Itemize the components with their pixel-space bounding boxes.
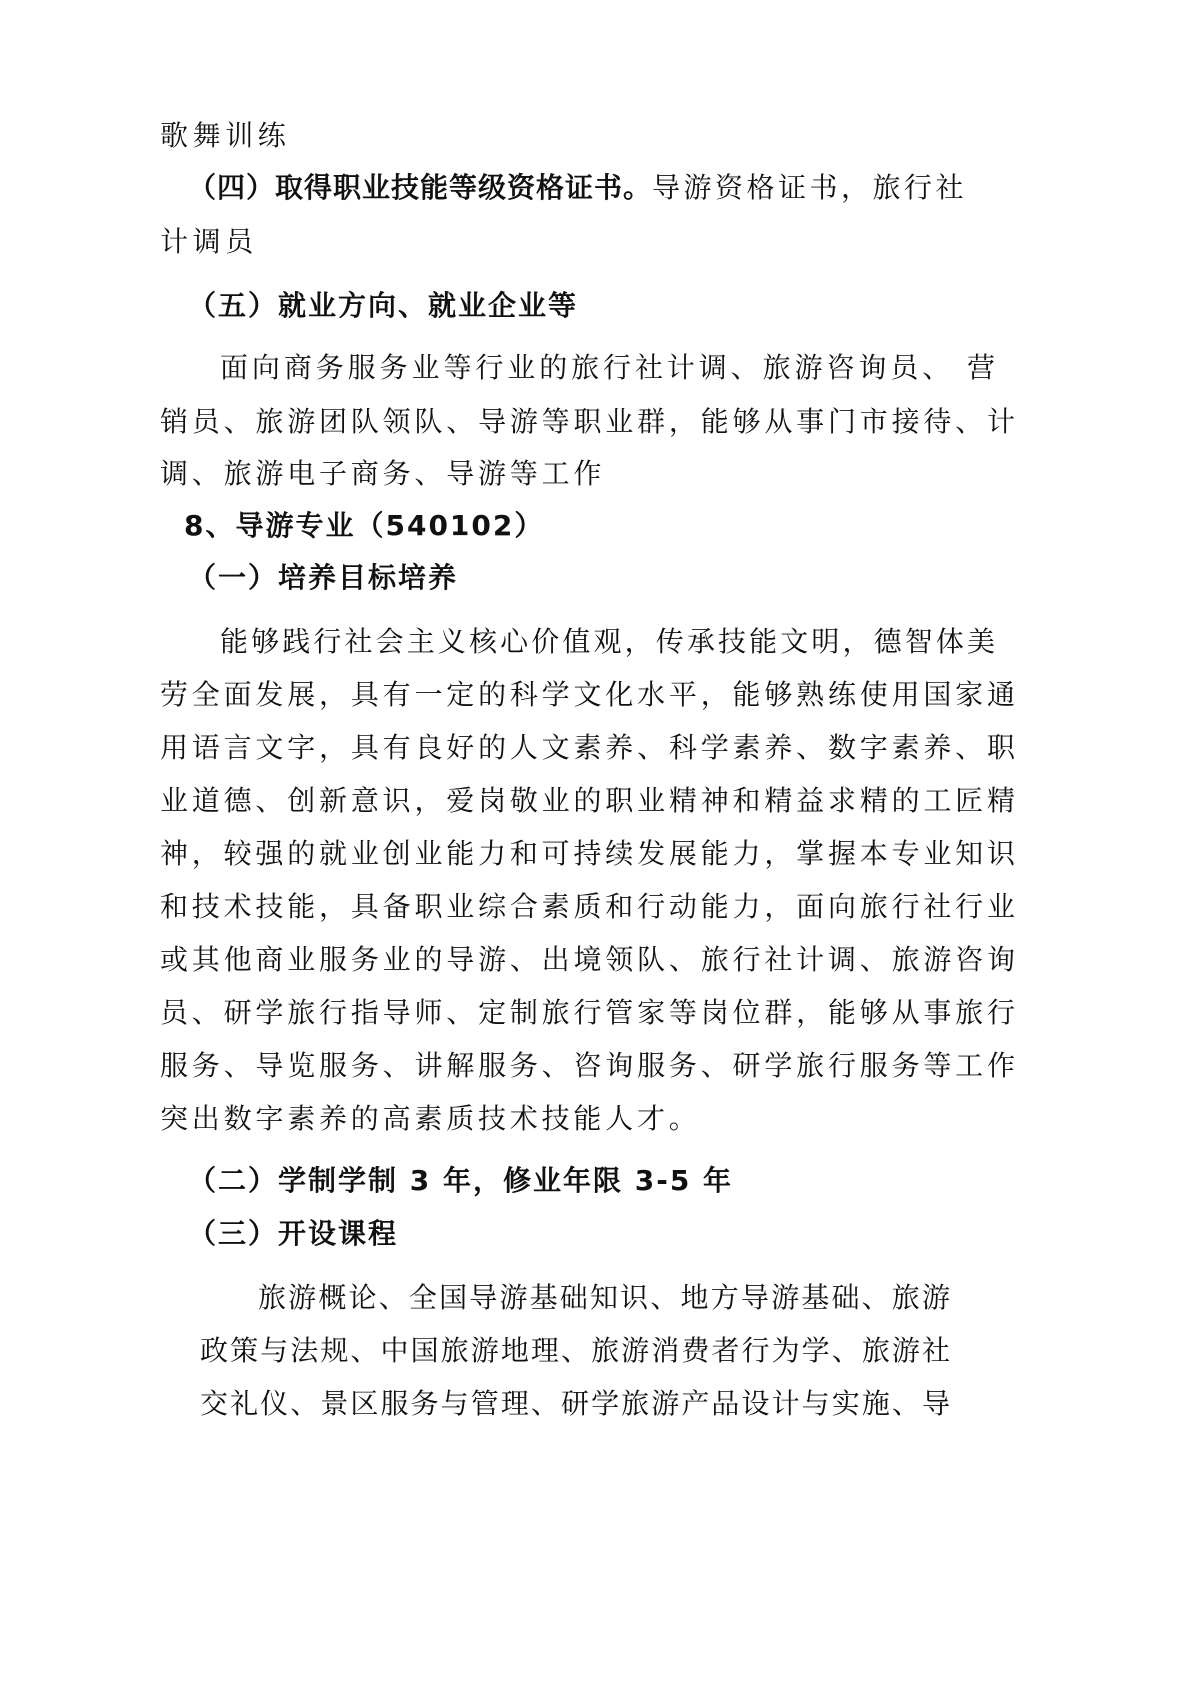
section-heading-training-goal: （一）培养目标培养 bbox=[188, 560, 458, 596]
paragraph-line: 或其他商业服务业的导游、出境领队、旅行社计调、旅游咨询 bbox=[160, 942, 1015, 978]
major-heading-tour-guide: 8、导游专业（540102） bbox=[184, 508, 544, 544]
paragraph-line: 突出数字素养的高素质技术技能人才。 bbox=[160, 1101, 701, 1137]
paragraph-line: 用语言文字，具有良好的人文素养、科学素养、数字素养、职 bbox=[160, 730, 1015, 766]
section-heading-certificate: （四）取得职业技能等级资格证书。导游资格证书，旅行社 bbox=[188, 170, 967, 206]
heading-certificate-content: 导游资格证书，旅行社 bbox=[652, 171, 967, 204]
paragraph-line: 调、旅游电子商务、导游等工作 bbox=[160, 456, 605, 492]
text-line: 计调员 bbox=[160, 224, 258, 260]
paragraph-line: 能够践行社会主义核心价值观，传承技能文明，德智体美 bbox=[220, 624, 995, 660]
paragraph-line: 神，较强的就业创业能力和可持续发展能力，掌握本专业知识 bbox=[160, 836, 1015, 872]
section-heading-duration: （二）学制学制 3 年，修业年限 3-5 年 bbox=[188, 1163, 733, 1199]
paragraph-line: 员、研学旅行指导师、定制旅行管家等岗位群，能够从事旅行 bbox=[160, 995, 1015, 1031]
section-heading-employment: （五）就业方向、就业企业等 bbox=[188, 288, 578, 324]
paragraph-line: 业道德、创新意识，爱岗敬业的职业精神和精益求精的工匠精 bbox=[160, 783, 1015, 819]
document-page: 歌舞训练 （四）取得职业技能等级资格证书。导游资格证书，旅行社 计调员 （五）就… bbox=[0, 0, 1191, 1684]
heading-certificate-title: （四）取得职业技能等级资格证书。 bbox=[188, 171, 652, 204]
paragraph-line: 面向商务服务业等行业的旅行社计调、旅游咨询员、 营 bbox=[220, 350, 995, 386]
text-line: 歌舞训练 bbox=[160, 118, 290, 154]
paragraph-line: 旅游概论、全国导游基础知识、地方导游基础、旅游 bbox=[258, 1280, 950, 1316]
paragraph-line: 交礼仪、景区服务与管理、研学旅游产品设计与实施、导 bbox=[200, 1386, 950, 1422]
paragraph-line: 和技术技能，具备职业综合素质和行动能力，面向旅行社行业 bbox=[160, 889, 1015, 925]
paragraph-line: 销员、旅游团队领队、导游等职业群，能够从事门市接待、计 bbox=[160, 404, 1015, 440]
paragraph-line: 政策与法规、中国旅游地理、旅游消费者行为学、旅游社 bbox=[200, 1333, 950, 1369]
paragraph-line: 劳全面发展，具有一定的科学文化水平，能够熟练使用国家通 bbox=[160, 677, 1015, 713]
paragraph-line: 服务、导览服务、讲解服务、咨询服务、研学旅行服务等工作 bbox=[160, 1048, 1015, 1084]
section-heading-courses: （三）开设课程 bbox=[188, 1216, 398, 1252]
